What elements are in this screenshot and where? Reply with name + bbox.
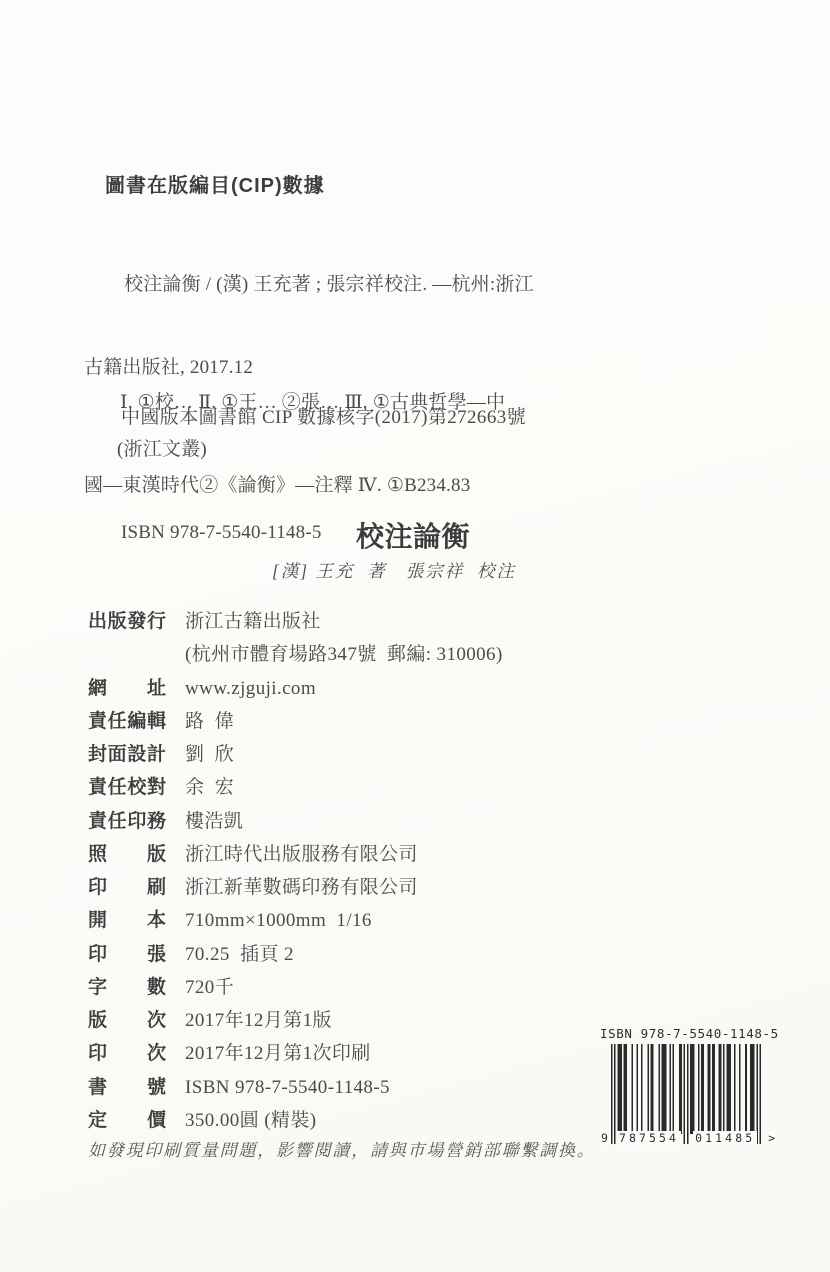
- colophon-row-value: (杭州市體育場路347號 郵編: 310006): [185, 639, 503, 666]
- book-title: 校注論衡: [356, 515, 470, 555]
- colophon-row-label: 定價: [88, 1105, 166, 1132]
- colophon-row-value: 350.00圓 (精裝): [185, 1105, 316, 1132]
- barcode-isbn-text: ISBN 978-7-5540-1148-5: [600, 1026, 772, 1041]
- colophon-row-label: 網址: [88, 673, 166, 700]
- colophon-row-value: 劉 欣: [185, 739, 234, 766]
- barcode-digits: 9 787554 011485 >: [600, 1131, 776, 1146]
- colophon-row-value: 2017年12月第1次印刷: [185, 1038, 371, 1065]
- colophon-row-label: 版次: [88, 1005, 166, 1032]
- colophon-row-printing-company: 印刷 浙江新華數碼印務有限公司: [88, 872, 503, 905]
- barcode-digits-right: 011485: [693, 1131, 757, 1145]
- colophon-row-address: (杭州市體育場路347號 郵編: 310006): [88, 639, 503, 672]
- colophon-row-word-count: 字數 720千: [88, 972, 503, 1005]
- colophon-row-sheets: 印張 70.25 插頁 2: [88, 939, 503, 972]
- colophon-row-typesetting: 照版 浙江時代出版服務有限公司: [88, 839, 503, 872]
- colophon-list: 出版發行 浙江古籍出版社 (杭州市體育場路347號 郵編: 310006) 網址…: [88, 606, 503, 1138]
- colophon-row-label: 責任校對: [88, 772, 166, 799]
- copyright-page: 圖書在版編目(CIP)數據 校注論衡 / (漢) 王充著 ; 張宗祥校注. —杭…: [0, 0, 830, 1272]
- cip-registry-number: 中國版本圖書館 CIP 數據核字(2017)第272663號: [121, 402, 526, 429]
- colophon-row-value: 710mm×1000mm 1/16: [185, 910, 372, 932]
- colophon-row-label: 印次: [88, 1038, 166, 1065]
- colophon-row-value: 路 偉: [185, 706, 234, 733]
- colophon-row-edition: 版次 2017年12月第1版: [88, 1005, 503, 1038]
- colophon-row-label: 出版發行: [88, 606, 166, 633]
- colophon-row-proofreader: 責任校對 余 宏: [88, 772, 503, 805]
- colophon-row-value: 浙江新華數碼印務有限公司: [185, 872, 418, 899]
- colophon-row-label: 責任印務: [88, 806, 166, 833]
- colophon-row-value: 2017年12月第1版: [185, 1005, 332, 1032]
- colophon-row-label: 照版: [88, 839, 166, 866]
- cip-classification-line: 國—東漢時代②《論衡》—注釋 Ⅳ. ①B234.83: [84, 472, 505, 500]
- colophon-row-value: 浙江時代出版服務有限公司: [185, 839, 418, 866]
- quality-notice: 如發現印刷質量問題，影響閱讀，請與市場營銷部聯繫調換。: [88, 1136, 596, 1161]
- colophon-row-label: 印刷: [88, 872, 166, 899]
- colophon-row-label: 字數: [88, 972, 166, 999]
- colophon-row-value: www.zjguji.com: [185, 678, 316, 700]
- colophon-row-cover-design: 封面設計 劉 欣: [88, 739, 503, 772]
- cip-record-line: 校注論衡 / (漢) 王充著 ; 張宗祥校注. —杭州:浙江: [124, 271, 534, 299]
- colophon-row-impression: 印次 2017年12月第1次印刷: [88, 1038, 503, 1071]
- colophon-row-label: 印張: [88, 939, 166, 966]
- colophon-row-label: 封面設計: [88, 739, 166, 766]
- colophon-row-editor: 責任編輯 路 偉: [88, 706, 503, 739]
- barcode-digit-prefix: 9: [600, 1131, 609, 1145]
- barcode-digits-left: 787554: [617, 1131, 681, 1145]
- colophon-row-publisher: 出版發行 浙江古籍出版社: [88, 606, 503, 639]
- cip-header: 圖書在版編目(CIP)數據: [105, 169, 325, 198]
- ean13-barcode: [611, 1044, 761, 1144]
- colophon-row-value: 浙江古籍出版社: [185, 606, 321, 633]
- colophon-row-isbn: 書號 ISBN 978-7-5540-1148-5: [88, 1072, 503, 1105]
- colophon-row-price: 定價 350.00圓 (精裝): [88, 1105, 503, 1138]
- colophon-row-value: 樓浩凱: [185, 806, 243, 833]
- colophon-row-label: 書號: [88, 1072, 166, 1099]
- colophon-row-website: 網址 www.zjguji.com: [88, 673, 503, 706]
- colophon-row-value: 余 宏: [185, 772, 234, 799]
- colophon-row-value: 720千: [185, 972, 234, 999]
- colophon-row-format: 開本 710mm×1000mm 1/16: [88, 905, 503, 938]
- colophon-row-label: 開本: [88, 905, 166, 932]
- colophon-row-value: 70.25 插頁 2: [185, 939, 294, 966]
- barcode-trailer: >: [767, 1131, 776, 1145]
- colophon-row-label: 責任編輯: [88, 706, 166, 733]
- book-byline: [漢] 王充 著 張宗祥 校注: [272, 558, 516, 583]
- colophon-row-print-supervisor: 責任印務 樓浩凱: [88, 806, 503, 839]
- colophon-row-value: ISBN 978-7-5540-1148-5: [185, 1077, 390, 1099]
